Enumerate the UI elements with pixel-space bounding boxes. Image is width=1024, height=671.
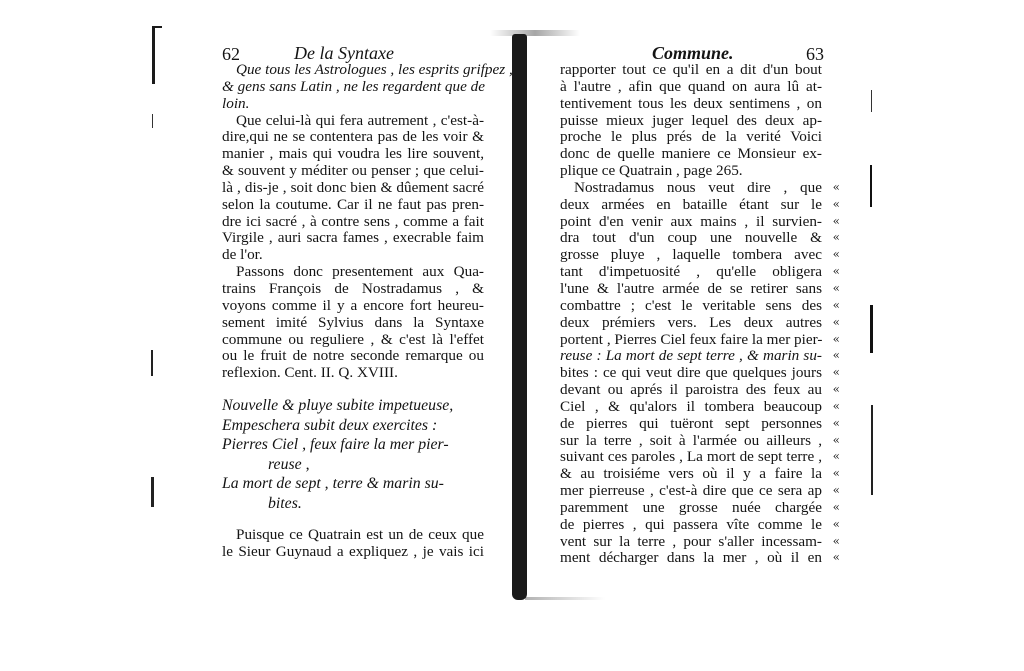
- text-line: le Sieur Guynaud a expliquez , je vais i…: [222, 544, 484, 561]
- quoted-line: mer pierreuse , c'est-à dire que ce sera…: [560, 483, 822, 500]
- quote-glyph: «: [833, 449, 840, 463]
- quoted-line: devant ou aprés il paroistra des feux au…: [560, 382, 822, 399]
- quote-glyph: «: [833, 466, 840, 480]
- text-line: Puisque ce Quatrain est un de ceux que: [222, 527, 484, 544]
- quoted-line: dra tout d'un coup une nouvelle &«: [560, 230, 822, 247]
- quote-glyph: «: [833, 230, 840, 244]
- text-line: paremment une grosse nuée chargée: [560, 500, 822, 517]
- text-line: suivant ces paroles , La mort de sept te…: [560, 449, 822, 466]
- quote-glyph: «: [833, 180, 840, 194]
- text-line: tant d'impetuosité , qu'elle obligera: [560, 264, 822, 281]
- quote-glyph: «: [833, 247, 840, 261]
- text-line: Que celui-là qui fera autrement , c'est-…: [222, 113, 484, 130]
- quote-glyph: «: [833, 315, 840, 329]
- text-line: donc de quelle maniere ce Monsieur ex-: [560, 146, 822, 163]
- text-line: vent sur la terre , pour s'aller incessa…: [560, 534, 822, 551]
- left-page: 62 De la Syntaxe Que tous les Astrologue…: [222, 40, 484, 561]
- left-page-edge-mark: [151, 350, 153, 376]
- quoted-line: l'une & l'autre armée de se retirer sans…: [560, 281, 822, 298]
- text-line: commune ou reguliere , & c'est là l'effe…: [222, 332, 484, 349]
- verse-line: Nouvelle & pluye subite impetueuse,: [222, 396, 484, 416]
- quote-glyph: «: [833, 197, 840, 211]
- text-line: manier , mais qui voudra les lire souven…: [222, 146, 484, 163]
- quote-glyph: «: [833, 517, 840, 531]
- quote-glyph: «: [833, 433, 840, 447]
- text-line: portent , Pierres Ciel feux faire la mer…: [560, 332, 822, 349]
- quote-glyph: «: [833, 534, 840, 548]
- quote-glyph: «: [833, 483, 840, 497]
- text-line: reuse : La mort de sept terre , & marin …: [560, 348, 822, 365]
- text-line: de pierres , qui passera vîte comme le: [560, 517, 822, 534]
- quoted-line: Ciel , & qu'alors il tombera beaucoup«: [560, 399, 822, 416]
- verse-line: Empeschera subit deux exercites :: [222, 416, 484, 436]
- left-body-top: Que tous les Astrologues , les esprits g…: [222, 62, 484, 382]
- quote-glyph: «: [833, 332, 840, 346]
- page-number: 63: [806, 44, 824, 65]
- text-line: & au troisiéme vers où il y a faire la: [560, 466, 822, 483]
- scanned-book-spread: 62 De la Syntaxe Que tous les Astrologue…: [0, 0, 1024, 671]
- quote-glyph: «: [833, 281, 840, 295]
- text-line: selon la coutume. Car il ne faut pas pre…: [222, 197, 484, 214]
- text-line: reflexion. Cent. II. Q. XVIII.: [222, 365, 484, 382]
- text-line: dre ici sacré , à contre sens , comme a …: [222, 214, 484, 231]
- quote-glyph: «: [833, 382, 840, 396]
- verse-line: reuse ,: [222, 455, 484, 475]
- right-page-edge-mark: [870, 305, 873, 353]
- text-line: loin.: [222, 96, 484, 113]
- verse-line: bites.: [222, 494, 484, 514]
- left-page-edge-mark: [152, 26, 162, 28]
- quoted-line: point d'en venir aux mains , il survien-…: [560, 214, 822, 231]
- quoted-line: paremment une grosse nuée chargée«: [560, 500, 822, 517]
- text-line: & gens sans Latin , ne les regardent que…: [222, 79, 484, 96]
- quote-glyph: «: [833, 550, 840, 564]
- quatrain-verse: Nouvelle & pluye subite impetueuse, Empe…: [222, 396, 484, 513]
- text-line: Nostradamus nous veut dire , que: [560, 180, 822, 197]
- text-line: Que tous les Astrologues , les esprits g…: [222, 62, 484, 79]
- quote-glyph: «: [833, 416, 840, 430]
- right-running-head: Commune. 63: [560, 40, 822, 62]
- quote-glyph: «: [833, 298, 840, 312]
- text-line: deux armées en bataille étant sur le: [560, 197, 822, 214]
- gutter-shadow: [490, 30, 580, 36]
- text-line: plique ce Quatrain , page 265.: [560, 163, 822, 180]
- text-line: bites : ce qui veut dire que quelques jo…: [560, 365, 822, 382]
- text-line: combattre ; c'est le veritable sens des: [560, 298, 822, 315]
- text-line: trains François de Nostradamus , &: [222, 281, 484, 298]
- quote-glyph: «: [833, 348, 840, 362]
- text-line: deux prémiers vers. Les deux autres: [560, 315, 822, 332]
- book-gutter: [512, 34, 527, 600]
- text-line: Passons donc presentement aux Qua-: [222, 264, 484, 281]
- text-line: à l'autre , afin que quand on aura lû at…: [560, 79, 822, 96]
- text-line: ou le fruit de notre seconde remarque ou: [222, 348, 484, 365]
- text-line: & souvent y méditer ou penser ; que celu…: [222, 163, 484, 180]
- text-line: sur la terre , soit à l'armée ou ailleur…: [560, 433, 822, 450]
- running-title: Commune.: [652, 43, 734, 64]
- quoted-line: reuse : La mort de sept terre , & marin …: [560, 348, 822, 365]
- page-number: 62: [222, 44, 240, 65]
- quoted-line: vent sur la terre , pour s'aller incessa…: [560, 534, 822, 551]
- quoted-line: de pierres , qui passera vîte comme le«: [560, 517, 822, 534]
- text-line: sement imité Sylvius dans la Syntaxe: [222, 315, 484, 332]
- text-line: de pierres qui tuëront sept personnes: [560, 416, 822, 433]
- quoted-line: combattre ; c'est le veritable sens des«: [560, 298, 822, 315]
- verse-line: La mort de sept , terre & marin su-: [222, 474, 484, 494]
- left-running-head: 62 De la Syntaxe: [222, 40, 484, 62]
- text-line: ment décharger dans la mer , où il en: [560, 550, 822, 567]
- text-line: devant ou aprés il paroistra des feux au: [560, 382, 822, 399]
- right-page: Commune. 63 rapporter tout ce qu'il en a…: [560, 40, 822, 567]
- right-page-edge-mark: [870, 165, 872, 207]
- quoted-line: suivant ces paroles , La mort de sept te…: [560, 449, 822, 466]
- text-line: Virgile , auri sacra fames , execrable f…: [222, 230, 484, 247]
- text-line: voyons comme il y a encore fort heureu-: [222, 298, 484, 315]
- text-line: puisse mieux juger lequel des deux ap-: [560, 113, 822, 130]
- right-page-edge-mark: [871, 90, 872, 112]
- text-line: dra tout d'un coup une nouvelle &: [560, 230, 822, 247]
- quoted-line: portent , Pierres Ciel feux faire la mer…: [560, 332, 822, 349]
- quoted-line: de pierres qui tuëront sept personnes«: [560, 416, 822, 433]
- quoted-line: ment décharger dans la mer , où il en«: [560, 550, 822, 567]
- text-line: de l'or.: [222, 247, 484, 264]
- text-line: l'une & l'autre armée de se retirer sans: [560, 281, 822, 298]
- text-line: mer pierreuse , c'est-à dire que ce sera…: [560, 483, 822, 500]
- text-line: là , dis-je , soit donc bien & dûement s…: [222, 180, 484, 197]
- quoted-line: bites : ce qui veut dire que quelques jo…: [560, 365, 822, 382]
- running-title: De la Syntaxe: [294, 43, 394, 64]
- quoted-line: deux armées en bataille étant sur le«: [560, 197, 822, 214]
- quoted-line: deux prémiers vers. Les deux autres«: [560, 315, 822, 332]
- quoted-line: tant d'impetuosité , qu'elle obligera«: [560, 264, 822, 281]
- right-page-edge-mark: [871, 405, 873, 495]
- gutter-shadow: [525, 597, 605, 600]
- quote-glyph: «: [833, 214, 840, 228]
- quoted-line: Nostradamus nous veut dire , que«: [560, 180, 822, 197]
- verse-line: Pierres Ciel , feux faire la mer pier-: [222, 435, 484, 455]
- left-page-edge-mark: [152, 26, 155, 84]
- spacer: [222, 382, 484, 396]
- right-body: rapporter tout ce qu'il en a dit d'un bo…: [560, 62, 822, 567]
- quote-glyph: «: [833, 264, 840, 278]
- left-body-bottom: Puisque ce Quatrain est un de ceux que l…: [222, 527, 484, 561]
- text-line: Ciel , & qu'alors il tombera beaucoup: [560, 399, 822, 416]
- quote-glyph: «: [833, 399, 840, 413]
- text-line: point d'en venir aux mains , il survien-: [560, 214, 822, 231]
- quote-glyph: «: [833, 365, 840, 379]
- text-line: rapporter tout ce qu'il en a dit d'un bo…: [560, 62, 822, 79]
- text-line: proche le plus prés de la verité Voici: [560, 129, 822, 146]
- quote-glyph: «: [833, 500, 840, 514]
- spacer: [222, 513, 484, 527]
- text-line: dire,qui ne se contentera pas de les voi…: [222, 129, 484, 146]
- text-line: grosse pluye , laquelle tombera avec: [560, 247, 822, 264]
- text-line: tentivement tous les deux sentimens , on: [560, 96, 822, 113]
- quoted-line: & au troisiéme vers où il y a faire la«: [560, 466, 822, 483]
- quoted-line: grosse pluye , laquelle tombera avec«: [560, 247, 822, 264]
- left-page-edge-mark: [151, 477, 154, 507]
- left-page-edge-mark: [152, 114, 153, 128]
- quoted-line: sur la terre , soit à l'armée ou ailleur…: [560, 433, 822, 450]
